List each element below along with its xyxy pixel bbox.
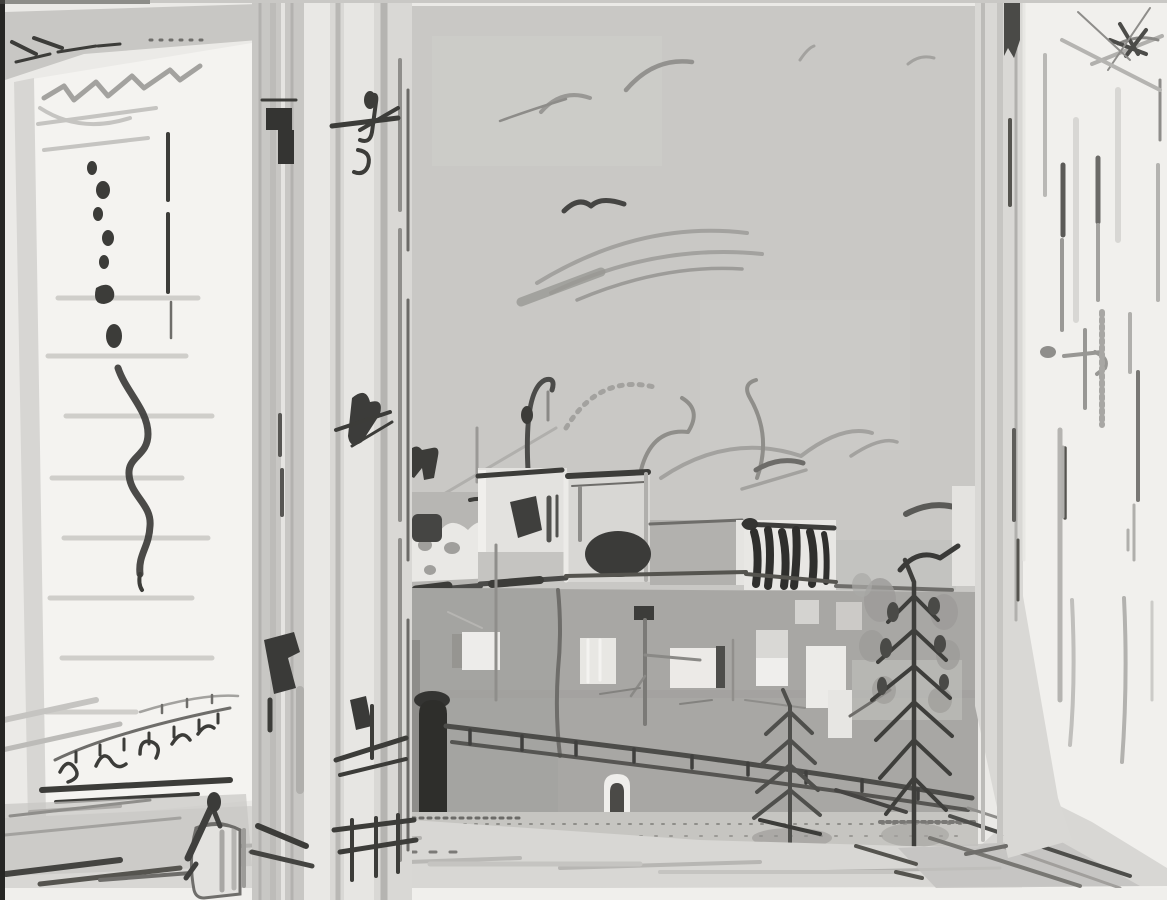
penthouse-box-a — [478, 468, 567, 582]
window-1 — [462, 632, 500, 670]
arched-door — [604, 774, 630, 816]
left-casement-panel — [5, 4, 258, 822]
dark-oval-blob — [585, 531, 651, 577]
light-box-right — [952, 486, 978, 586]
casement-white-panel — [14, 42, 258, 822]
sketch-canvas: Monochrome ink-and-wash sketch of a city… — [0, 0, 1167, 900]
window-view-sketch: Monochrome ink-and-wash sketch of a city… — [0, 0, 1167, 900]
left-frame-stile — [252, 0, 332, 900]
center-mullion — [330, 0, 416, 900]
window-3 — [670, 648, 724, 688]
left-edge-line — [0, 0, 5, 900]
top-edge-line — [0, 0, 150, 4]
window-2 — [580, 638, 616, 684]
